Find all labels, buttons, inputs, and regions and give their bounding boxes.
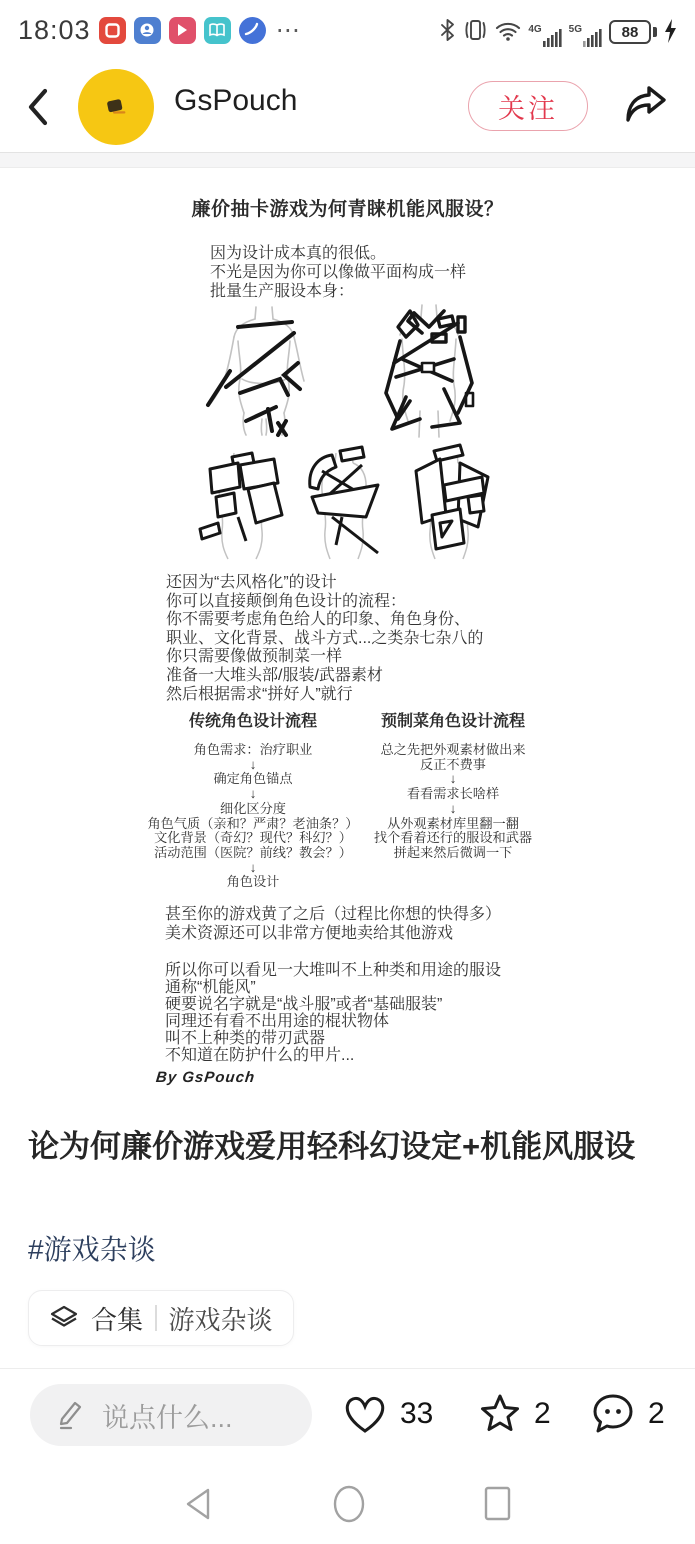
text-line: 同理还有看不出用途的棍状物体	[165, 1013, 501, 1030]
app-glyph-person	[139, 22, 155, 38]
app-glyph-square	[105, 23, 120, 38]
comment-button[interactable]: 2	[590, 1390, 665, 1438]
play-glyph	[175, 23, 189, 37]
signal-5g: 5G	[569, 24, 602, 47]
collection-chip[interactable]: 合集 游戏杂谈	[28, 1290, 294, 1346]
follow-label: 关注	[498, 87, 558, 126]
phone-screen: 18:03 ⋯ 4G	[0, 0, 695, 1544]
flow-step: 看看需求长啥样	[320, 787, 586, 802]
favorite-button[interactable]: 2	[478, 1390, 551, 1438]
sphere-glyph	[243, 21, 261, 39]
nav-back-triangle-icon	[180, 1485, 218, 1523]
notification-app-icon-sphere	[239, 17, 266, 44]
comment-count: 2	[648, 1397, 665, 1431]
status-bar-right: 4G 5G 88	[439, 13, 677, 47]
like-count: 33	[400, 1397, 433, 1431]
favorite-count: 2	[534, 1397, 551, 1431]
image-paragraph-3: 甚至你的游戏黄了之后（过程比你想的快得多） 美术资源还可以非常方便地卖给其他游戏	[165, 905, 501, 943]
text-line: 你可以直接颠倒角色设计的流程：	[166, 593, 483, 612]
username[interactable]: GsPouch	[174, 84, 297, 118]
nav-home-button[interactable]	[330, 1483, 368, 1530]
star-icon	[478, 1393, 522, 1435]
avatar[interactable]	[78, 69, 154, 145]
nav-recents-square-icon	[480, 1484, 516, 1524]
text-line: 还因为“去风格化”的设计	[166, 574, 483, 593]
notification-app-icon-play	[169, 17, 196, 44]
avatar-emblem	[104, 97, 128, 117]
comment-placeholder: 说点什么...	[102, 1396, 233, 1435]
follow-button[interactable]: 关注	[468, 81, 588, 131]
flowchart-right-title: 预制菜角色设计流程	[330, 708, 576, 731]
notification-app-icon-book	[204, 17, 231, 44]
share-arrow-icon	[620, 82, 670, 128]
text-line: 叫不上种类的带刃武器	[165, 1030, 501, 1047]
text-line: 所以你可以看见一大堆叫不上种类和用途的服设	[165, 962, 501, 979]
text-line: 批量生产服设本身：	[210, 282, 466, 301]
signal-4g: 4G	[528, 24, 561, 47]
text-line: 硬要说名字就是“战斗服”或者“基础服装”	[165, 996, 501, 1013]
clothing-sketches-illustration	[182, 301, 512, 569]
status-bar: 18:03 ⋯ 4G	[0, 0, 695, 60]
nav-back-button[interactable]	[180, 1485, 218, 1528]
text-line: 甚至你的游戏黄了之后（过程比你想的快得多）	[165, 905, 501, 924]
image-paragraph-1: 因为设计成本真的很低。 不光是因为你可以像做平面构成一样 批量生产服设本身：	[210, 244, 466, 301]
wifi-icon	[495, 20, 521, 42]
collection-name: 游戏杂谈	[169, 1300, 273, 1337]
battery-indicator: 88	[609, 20, 651, 44]
text-line: 然后根据需求“拼好人”就行	[166, 686, 483, 705]
flow-step: 拼起来然后微调一下	[320, 846, 586, 861]
android-nav-bar	[0, 1468, 695, 1544]
nav-recents-button[interactable]	[480, 1484, 516, 1529]
layers-icon	[49, 1305, 79, 1331]
network-type-label-5g: 5G	[569, 24, 582, 35]
comment-input[interactable]: 说点什么...	[30, 1384, 312, 1446]
text-line: 美术资源还可以非常方便地卖给其他游戏	[165, 924, 501, 943]
notification-app-icon-blue	[134, 17, 161, 44]
text-line: 准备一大堆头部/服装/武器素材	[166, 667, 483, 686]
flow-arrow: ↓	[320, 802, 586, 817]
action-bar-divider	[0, 1368, 695, 1369]
image-paragraph-4: 所以你可以看见一大堆叫不上种类和用途的服设 通称“机能风” 硬要说名字就是“战斗…	[165, 962, 501, 1064]
text-line: 职业、文化背景、战斗方式...之类杂七杂八的	[166, 630, 483, 649]
post-title: 论为何廉价游戏爱用轻科幻设定+机能风服设	[28, 1122, 673, 1172]
clock: 18:03	[18, 15, 91, 46]
nav-home-circle-icon	[330, 1483, 368, 1525]
flow-step: 从外观素材库里翻一翻	[320, 817, 586, 832]
chevron-left-icon	[24, 86, 52, 128]
comment-bubble-icon	[590, 1392, 636, 1436]
image-paragraph-2: 还因为“去风格化”的设计 你可以直接颠倒角色设计的流程： 你不需要考虑角色给人的…	[166, 574, 483, 704]
chip-divider	[155, 1305, 157, 1331]
charging-bolt-icon	[664, 18, 677, 44]
hashtag-link[interactable]: #游戏杂谈	[28, 1228, 156, 1268]
battery-percent: 88	[622, 24, 639, 41]
text-line: 因为设计成本真的很低。	[210, 244, 466, 263]
flow-step: 总之先把外观素材做出来	[320, 743, 586, 758]
text-line: 你只需要像做预制菜一样	[166, 648, 483, 667]
text-line: 通称“机能风”	[165, 979, 501, 996]
share-button[interactable]	[620, 82, 670, 133]
heart-icon	[342, 1392, 388, 1436]
flow-step: 角色设计	[120, 875, 386, 890]
image-heading: 廉价抽卡游戏为何青睐机能风服设？	[0, 194, 695, 221]
flow-step: 找个看着还行的服设和武器	[320, 831, 586, 846]
like-button[interactable]: 33	[342, 1390, 433, 1438]
bluetooth-icon	[439, 17, 456, 43]
back-button[interactable]	[24, 86, 52, 133]
flow-step: 反正不费事	[320, 758, 586, 773]
flowchart-right-column: 总之先把外观素材做出来 反正不费事 ↓ 看看需求长啥样 ↓ 从外观素材库里翻一翻…	[320, 743, 586, 861]
network-type-label-4g: 4G	[528, 24, 541, 35]
note-image[interactable]: 廉价抽卡游戏为何青睐机能风服设？ 因为设计成本真的很低。 不光是因为你可以像做平…	[0, 168, 695, 1112]
notification-app-icon-red	[99, 17, 126, 44]
app-header: GsPouch 关注	[0, 60, 695, 152]
book-glyph	[209, 23, 225, 37]
text-line: 不知道在防护什么的甲片...	[165, 1047, 501, 1064]
header-divider	[0, 152, 695, 168]
signal-bars-icon	[583, 25, 602, 47]
signal-bars-icon	[543, 25, 562, 47]
vibrate-icon	[463, 17, 488, 43]
collection-label: 合集	[91, 1300, 143, 1337]
author-signature: By GsPouch	[155, 1069, 256, 1086]
more-notifications-icon: ⋯	[276, 16, 300, 45]
text-line: 不光是因为你可以像做平面构成一样	[210, 263, 466, 282]
pencil-icon	[56, 1399, 86, 1431]
text-line: 你不需要考虑角色给人的印象、角色身份、	[166, 611, 483, 630]
status-bar-left: 18:03 ⋯	[18, 15, 300, 46]
flow-arrow: ↓	[320, 772, 586, 787]
battery-nub	[653, 27, 657, 37]
